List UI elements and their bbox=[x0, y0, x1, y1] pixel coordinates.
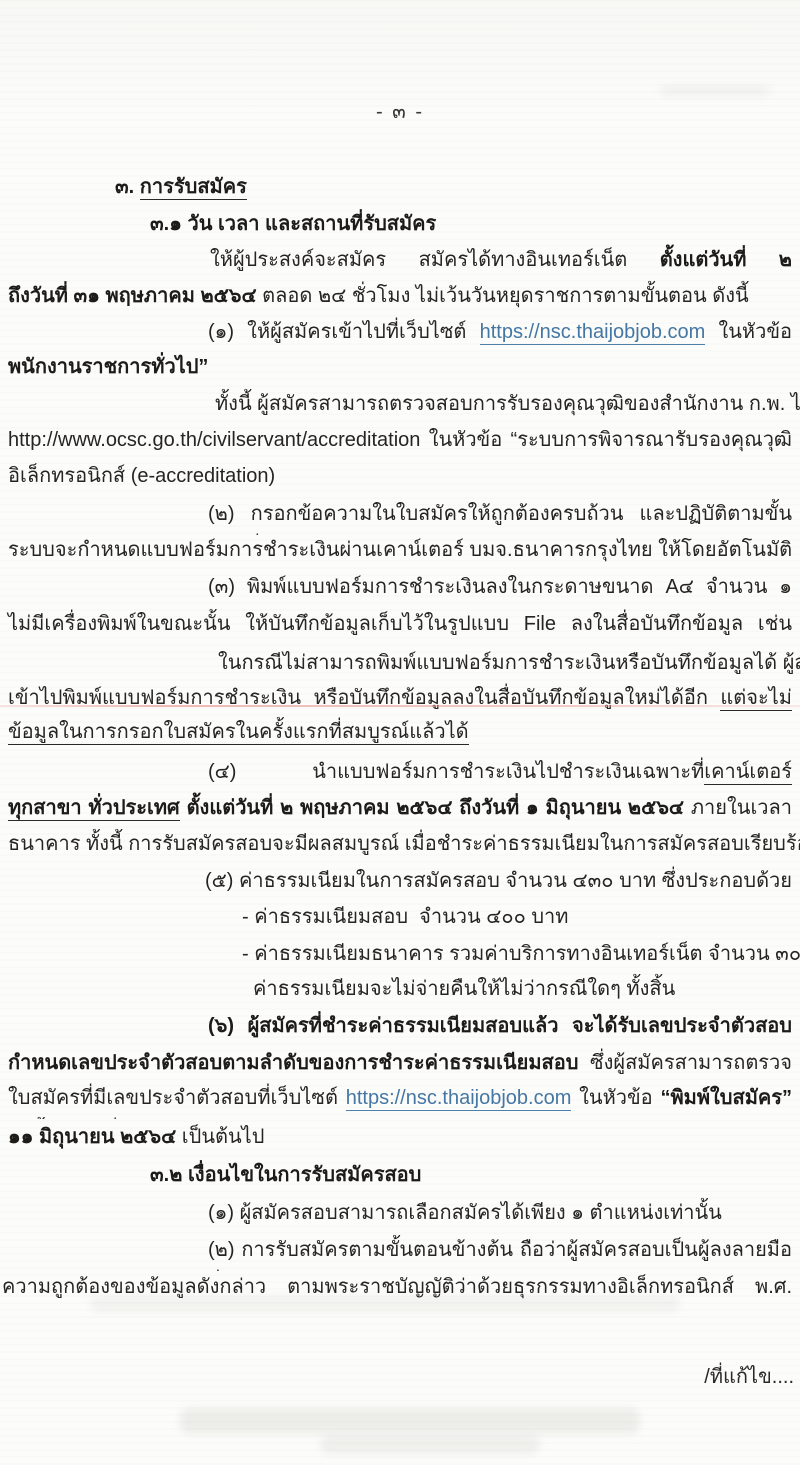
text-segment: ทุกสาขา ทั่วประเทศ bbox=[8, 797, 180, 821]
fee-exam: - ค่าธรรมเนียมสอบ จำนวน ๔๐๐ บาท bbox=[0, 900, 800, 936]
text-segment: - ค่าธรรมเนียมสอบ จำนวน ๔๐๐ บาท bbox=[242, 906, 568, 928]
subsection-3-2-heading: ๓.๒ เงื่อนไขในการรับสมัครสอบ bbox=[0, 1158, 800, 1194]
text-segment: (๒) กรอกข้อความในใบสมัครให้ถูกต้องครบถ้ว… bbox=[208, 503, 792, 535]
cond-2-signature: (๒) การรับสมัครตามขั้นตอนข้างต้น ถือว่าผ… bbox=[0, 1233, 800, 1271]
text-segment: ในหัวข้อ bbox=[705, 321, 792, 343]
text-segment: เป็นต้นไป bbox=[176, 1126, 264, 1148]
text-segment: ในกรณีไม่สามารถพิมพ์แบบฟอร์มการชำระเงินห… bbox=[218, 652, 800, 674]
text-segment: ธนาคาร ทั้งนี้ การรับสมัครสอบจะมีผลสมบูร… bbox=[8, 833, 800, 855]
para-apply-period: ถึงวันที่ ๓๑ พฤษภาคม ๒๕๖๔ ตลอด ๒๔ ชั่วโม… bbox=[0, 279, 800, 315]
subsection-3-1-heading: ๓.๑ วัน เวลา และสถานที่รับสมัคร bbox=[0, 207, 800, 243]
text-segment: อิเล็กทรอนิกส์ (e-accreditation) bbox=[8, 465, 275, 487]
text-segment: (๑) ให้ผู้สมัครเข้าไปที่เว็บไซต์ bbox=[208, 321, 480, 343]
page-number: - ๓ - bbox=[0, 95, 800, 127]
item-3-note: เข้าไปพิมพ์แบบฟอร์มการชำระเงิน หรือบันทึ… bbox=[0, 681, 800, 719]
item-2-fill-form: (๒) กรอกข้อความในใบสมัครให้ถูกต้องครบถ้ว… bbox=[0, 497, 800, 535]
text-segment: กำหนดเลขประจำตัวสอบตามลำดับของการชำระค่า… bbox=[8, 1052, 578, 1074]
item-3-note: ข้อมูลในการกรอกใบสมัครในครั้งแรกที่สมบูร… bbox=[0, 715, 800, 751]
scan-bleedthrough-smudge bbox=[320, 1436, 540, 1454]
text-segment: ข้อมูลในการกรอกใบสมัครในครั้งแรกที่สมบูร… bbox=[8, 721, 469, 745]
website-link[interactable]: https://nsc.thaijobjob.com bbox=[480, 321, 706, 345]
note-ocsc: http://www.ocsc.go.th/civilservant/accre… bbox=[0, 423, 800, 461]
item-1-website: พนักงานราชการทั่วไป” bbox=[0, 350, 800, 386]
text-segment: ค่าธรรมเนียมจะไม่จ่ายคืนให้ไม่ว่ากรณีใดๆ… bbox=[253, 978, 675, 1000]
para-apply-period: ให้ผู้ประสงค์จะสมัคร สมัครได้ทางอินเทอร์… bbox=[0, 243, 800, 281]
cond-1-one-position: (๑) ผู้สมัครสอบสามารถเลือกสมัครได้เพียง … bbox=[0, 1196, 800, 1232]
item-2-fill-form: ระบบจะกำหนดแบบฟอร์มการชำระเงินผ่านเคาน์เ… bbox=[0, 533, 800, 569]
text-segment: ในหัวข้อ bbox=[571, 1087, 660, 1109]
text-segment: (๖) ผู้สมัครที่ชำระค่าธรรมเนียมสอบแล้ว จ… bbox=[208, 1015, 792, 1047]
note-ocsc: ทั้งนี้ ผู้สมัครสามารถตรวจสอบการรับรองคุ… bbox=[0, 387, 800, 423]
section-heading: ๓. การรับสมัคร bbox=[0, 170, 800, 206]
item-6-exam-number: (๖) ผู้สมัครที่ชำระค่าธรรมเนียมสอบแล้ว จ… bbox=[0, 1009, 800, 1047]
text-segment bbox=[180, 797, 187, 819]
text-segment: พนักงานราชการทั่วไป” bbox=[8, 356, 208, 378]
item-3-note: ในกรณีไม่สามารถพิมพ์แบบฟอร์มการชำระเงินห… bbox=[0, 646, 800, 682]
text-segment: ใบสมัครที่มีเลขประจำตัวสอบที่เว็บไซต์ bbox=[8, 1087, 346, 1109]
scan-fold-line bbox=[0, 705, 800, 707]
text-segment: - ค่าธรรมเนียมธนาคาร รวมค่าบริการทางอินเ… bbox=[242, 943, 800, 965]
item-3-print-form: (๓) พิมพ์แบบฟอร์มการชำระเงินลงในกระดาษขน… bbox=[0, 570, 800, 608]
text-segment: “พิมพ์ใบสมัคร” bbox=[660, 1087, 792, 1109]
text-segment: การรับสมัคร bbox=[140, 176, 247, 200]
website-link[interactable]: https://nsc.thaijobjob.com bbox=[346, 1087, 572, 1111]
note-ocsc: อิเล็กทรอนิกส์ (e-accreditation) bbox=[0, 459, 800, 495]
fee-bank: - ค่าธรรมเนียมธนาคาร รวมค่าบริการทางอินเ… bbox=[0, 937, 800, 973]
continuation-note: /ที่แก้ไข.... bbox=[704, 1360, 794, 1392]
text-segment: ๓.๑ วัน เวลา และสถานที่รับสมัคร bbox=[150, 213, 436, 235]
cond-2-signature: ความถูกต้องของข้อมูลดังกล่าว ตามพระราชบั… bbox=[0, 1270, 800, 1308]
text-segment: ๓.๒ เงื่อนไขในการรับสมัครสอบ bbox=[150, 1164, 421, 1186]
scan-bleedthrough-smudge bbox=[180, 1408, 640, 1434]
text-segment: (๔) นำแบบฟอร์มการชำระเงินไปชำระเงินเฉพาะ… bbox=[208, 761, 704, 783]
text-segment: (๕) ค่าธรรมเนียมในการสมัครสอบ จำนวน ๔๓๐ … bbox=[205, 870, 792, 892]
text-segment: (๒) การรับสมัครตามขั้นตอนข้างต้น ถือว่าผ… bbox=[208, 1239, 792, 1271]
item-1-website: (๑) ให้ผู้สมัครเข้าไปที่เว็บไซต์ https:/… bbox=[0, 315, 800, 353]
item-6-exam-number: กำหนดเลขประจำตัวสอบตามลำดับของการชำระค่า… bbox=[0, 1046, 800, 1084]
item-4-payment: (๔) นำแบบฟอร์มการชำระเงินไปชำระเงินเฉพาะ… bbox=[0, 755, 800, 793]
text-segment: ระบบจะกำหนดแบบฟอร์มการชำระเงินผ่านเคาน์เ… bbox=[8, 539, 792, 561]
text-segment: ทั้งนี้ ผู้สมัครสามารถตรวจสอบการรับรองคุ… bbox=[215, 393, 800, 415]
item-4-payment: ทุกสาขา ทั่วประเทศ ตั้งแต่วันที่ ๒ พฤษภา… bbox=[0, 791, 800, 829]
item-5-fee: (๕) ค่าธรรมเนียมในการสมัครสอบ จำนวน ๔๓๐ … bbox=[0, 864, 800, 900]
text-segment: ไม่มีเครื่องพิมพ์ในขณะนั้น ให้บันทึกข้อม… bbox=[8, 613, 792, 645]
scanned-document-page: - ๓ - ๓. การรับสมัคร๓.๑ วัน เวลา และสถาน… bbox=[0, 0, 800, 1465]
text-segment: ตลอด ๒๔ ชั่วโมง ไม่เว้นวันหยุดราชการตามข… bbox=[257, 285, 749, 307]
fee-no-refund: ค่าธรรมเนียมจะไม่จ่ายคืนให้ไม่ว่ากรณีใดๆ… bbox=[0, 972, 800, 1008]
text-segment: (๓) พิมพ์แบบฟอร์มการชำระเงินลงในกระดาษขน… bbox=[208, 576, 792, 608]
text-segment: http://www.ocsc.go.th/civilservant/accre… bbox=[8, 429, 792, 461]
text-segment: ความถูกต้องของข้อมูลดังกล่าว ตามพระราชบั… bbox=[2, 1276, 792, 1308]
text-segment: ตั้งแต่วันที่ ๒ พฤษภาคม ๒๕๖๔ ถึงวันที่ ๑… bbox=[187, 797, 685, 819]
text-segment: ให้ผู้ประสงค์จะสมัคร สมัครได้ทางอินเทอร์… bbox=[210, 249, 660, 271]
item-4-payment: ธนาคาร ทั้งนี้ การรับสมัครสอบจะมีผลสมบูร… bbox=[0, 827, 800, 863]
text-segment: ๓. bbox=[115, 176, 140, 198]
text-segment: (๑) ผู้สมัครสอบสามารถเลือกสมัครได้เพียง … bbox=[208, 1202, 722, 1224]
item-6-exam-number: ๑๑ มิถุนายน ๒๕๖๔ เป็นต้นไป bbox=[0, 1120, 800, 1156]
text-segment: ๑๑ มิถุนายน ๒๕๖๔ bbox=[8, 1126, 176, 1148]
text-segment: ถึงวันที่ ๓๑ พฤษภาคม ๒๕๖๔ bbox=[8, 285, 257, 307]
item-6-exam-number: ใบสมัครที่มีเลขประจำตัวสอบที่เว็บไซต์ ht… bbox=[0, 1081, 800, 1119]
item-3-print-form: ไม่มีเครื่องพิมพ์ในขณะนั้น ให้บันทึกข้อม… bbox=[0, 607, 800, 645]
